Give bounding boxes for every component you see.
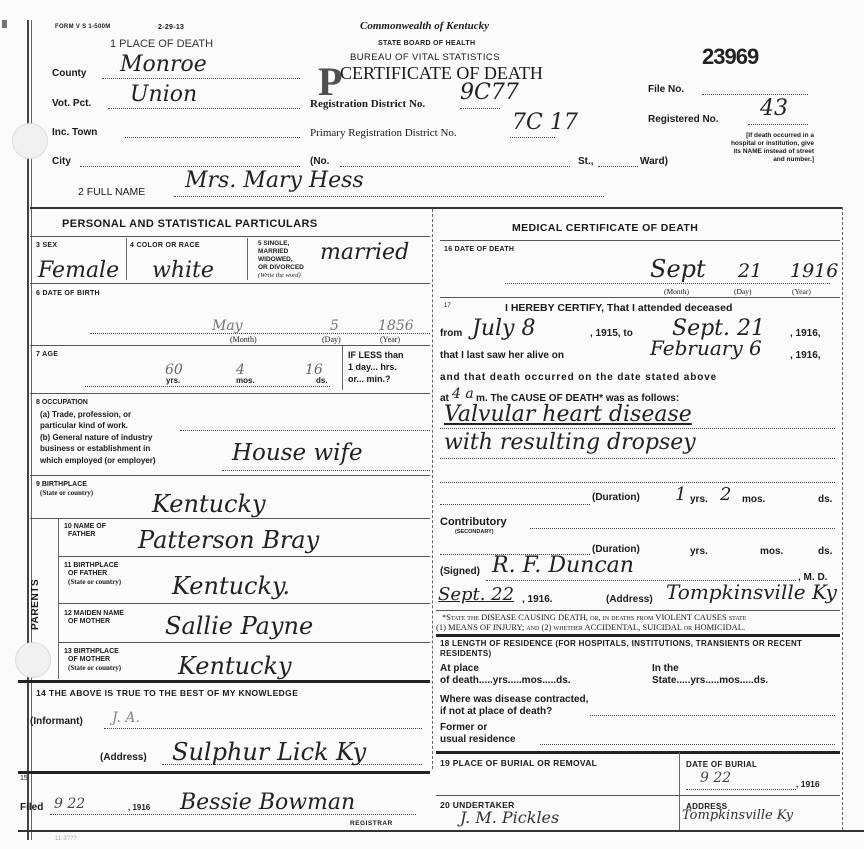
reg-district-value: 9C77 [460,80,519,105]
last-saw-value: February 6 [650,336,762,360]
residence-label: 18 LENGTH OF RESIDENCE (FOR HOSPITALS, I… [440,639,835,659]
right-border [842,207,843,830]
dod-year-caption: (Year) [792,287,811,296]
file-no-line [702,94,808,95]
undertaker-value: J. M. Pickles [460,808,559,827]
informant-address-label: (Address) [100,752,147,763]
footnote-line-1: *State the DISEASE CAUSING DEATH, or, in… [436,612,746,622]
registrar-name: Bessie Bowman [180,790,355,815]
street-no-line [340,166,570,167]
birthplace-heading: 9 BIRTHPLACE [36,481,93,489]
dod-month-caption: (Month) [664,287,689,296]
mother-name-label-1: 12 MAIDEN NAME [64,610,124,618]
if-less-3: or... min.? [348,373,404,385]
punch-hole-bottom [15,642,51,678]
burial-year: , 1916 [796,779,820,789]
registered-no-line [748,124,808,125]
ward-label: Ward) [640,156,668,167]
vot-pct-label: Vot. Pct. [52,98,91,109]
form-date: 2-29-13 [158,24,184,31]
former-1: Former or [440,722,516,734]
divider [59,642,430,643]
signed-label: (Signed) [440,566,480,577]
footer-code: 11-3??? [55,836,77,842]
former-2: usual residence [440,734,516,746]
bureau-title: BUREAU OF VITAL STATISTICS [350,52,500,63]
burial-date-value: 9 22 [700,770,731,786]
form-number: FORM V S 1-500M [55,24,111,30]
divider [18,680,430,683]
burial-date-label: DATE OF BURIAL [686,760,757,769]
certify-text: I HEREBY CERTIFY, That I attended deceas… [505,302,732,314]
dob-year: 1856 [378,318,414,334]
divider [440,297,840,298]
birthplace-value: Kentucky [152,490,266,518]
dob-year-caption: (Year) [380,335,400,344]
vot-pct-value: Union [130,82,197,107]
county-value: Monroe [120,52,207,77]
at-place-2: of death.....yrs.....mos.....ds. [440,675,571,687]
contracted-2: if not at place of death? [440,706,588,718]
cert-number: 17 [444,303,451,309]
reg-district-line [460,108,500,109]
age-ds-caption: ds. [316,376,328,385]
dod-label: 16 DATE OF DEATH [444,246,514,253]
divider [436,634,840,637]
county-label: County [52,68,86,79]
occupation-a-line [180,430,430,431]
last-saw-label: that I last saw her alive on [440,350,564,361]
father-bp-label-3: (State or country) [64,578,121,586]
divider [30,393,430,394]
mother-name-value: Sallie Payne [165,612,313,640]
age-yrs-caption: yrs. [166,376,180,385]
column-divider [432,209,433,769]
punch-hole-top [12,123,48,159]
dod-month: Sept [650,255,706,283]
occupation-label: 8 OCCUPATION (a) Trade, profession, or p… [36,397,156,466]
occurred-text: and that death occurred on the date stat… [440,372,717,383]
divider [59,556,430,557]
filed-number: 15 [20,775,28,782]
divider [679,752,680,830]
if-less-note: IF LESS than 1 day... hrs. or... min.? [348,349,404,385]
footnote-line-2: (1) MEANS OF INJURY; and (2) whether ACC… [436,622,746,632]
divider [126,238,127,280]
city-label: City [52,156,71,167]
registered-no-label: Registered No. [648,114,719,125]
undertaker-address-value: Tompkinsville Ky [682,808,793,823]
filed-year: , 1916 [128,803,150,812]
at-place-of-death: At place of death.....yrs.....mos.....ds… [440,663,571,687]
father-birthplace-value: Kentucky. [172,572,290,600]
dob-day: 5 [330,318,339,334]
occupation-a-1: (a) Trade, profession, or [36,409,156,421]
st-label: St., [578,156,594,167]
duration-yrs: 1 [675,484,686,505]
divider [59,603,430,604]
sex-label: 3 SEX [36,242,57,249]
divider [30,518,430,519]
personal-heading: PERSONAL AND STATISTICAL PARTICULARS [62,218,318,230]
marital-label-5: (Write the word) [258,272,304,280]
cause-value-1: Valvular heart disease [444,402,692,427]
town-line [125,137,300,138]
informant-address-value: Sulphur Lick Ky [172,738,366,766]
divider [436,751,840,754]
section-divider [30,207,842,209]
cause-line-3 [440,482,835,483]
duration-mos-caption: mos. [742,494,765,505]
dod-year: 1916 [790,260,838,282]
divider [247,238,248,280]
dod-day-caption: (Day) [734,287,752,296]
contributory-yrs-caption: yrs. [690,546,708,557]
marital-label-4: OR DIVORCED [258,264,304,272]
burial-label: 19 PLACE OF BURIAL OR REMOVAL [440,758,597,768]
mother-bp-label-1: 13 BIRTHPLACE [64,648,121,656]
birthplace-sub: (State or country) [36,489,93,497]
death-certificate: FORM V S 1-500M 2-29-13 1 PLACE OF DEATH… [0,0,864,849]
in-state-1: In the [652,663,768,675]
from-year: , 1915, to [590,328,633,339]
race-label: 4 COLOR OR RACE [130,242,200,249]
occupation-b-line [222,470,430,471]
mother-bp-label-2: OF MOTHER [64,656,121,664]
divider [30,236,430,237]
divider [30,345,430,346]
father-birthplace-label: 11 BIRTHPLACE OF FATHER (State or countr… [64,562,121,586]
from-value: July 8 [472,316,535,341]
divider [436,610,840,611]
primary-reg-value: 7C 17 [512,110,578,135]
sign-year: , 1916. [522,594,553,605]
vot-pct-line [108,108,300,109]
burial-date-line [686,789,796,790]
mother-name-label: 12 MAIDEN NAME OF MOTHER [64,610,124,626]
if-less-2: 1 day... hrs. [348,361,404,373]
former-line [540,744,835,745]
knowledge-statement: 14 THE ABOVE IS TRUE TO THE BEST OF MY K… [36,688,298,698]
informant-value: J. A. [112,710,140,726]
file-no-label: File No. [648,84,684,95]
birthplace-label: 9 BIRTHPLACE (State or country) [36,481,93,497]
primary-reg-label: Primary Registration District No. [310,127,457,139]
age-line [85,386,330,387]
scan-mark [2,20,7,28]
last-saw-year: , 1916, [790,350,821,361]
sign-address-value: Tompkinsville Ky [666,580,837,604]
primary-reg-line [510,137,555,138]
occupation-value: House wife [232,440,363,466]
divider [30,475,430,476]
contributory-label: Contributory [440,516,507,528]
sign-date: Sept. 22 [438,584,514,605]
sign-address-label: (Address) [606,594,653,605]
filed-value: 9 22 [54,796,85,812]
cause-line-2 [440,458,835,459]
divider [30,283,430,284]
occupation-b-3: which employed (or employer) [36,455,156,467]
father-bp-label-1: 11 BIRTHPLACE [64,562,121,570]
contributory-mos-caption: mos. [760,546,783,557]
contracted-1: Where was disease contracted, [440,694,588,706]
cause-value-2: with resulting dropsey [444,430,696,455]
ward-line [598,166,638,167]
marital-label-2: MARRIED [258,248,304,256]
duration-label: (Duration) [592,492,640,503]
full-name-label: 2 FULL NAME [78,186,145,198]
dob-month-caption: (Month) [230,335,257,344]
certificate-number: 23969 [702,44,758,70]
sex-value: Female [38,258,119,283]
marital-label-1: 5 SINGLE, [258,240,304,248]
father-name-label-1: 10 NAME OF [64,523,106,531]
in-the-state: In the State.....yrs.....mos.....ds. [652,663,768,687]
town-label: Inc. Town [52,127,97,138]
duration-mos: 2 [720,484,731,505]
mother-name-label-2: OF MOTHER [64,618,124,626]
dod-day: 21 [738,260,762,282]
full-name-line [174,196,604,197]
commonwealth-title: Commonwealth of Kentucky [360,20,489,32]
divider [436,795,840,796]
from-label: from [440,328,462,339]
physician-signature: R. F. Duncan [492,553,634,578]
dob-day-caption: (Day) [322,335,341,344]
place-of-death-heading: 1 PLACE OF DEATH [110,38,213,50]
father-bp-label-2: OF FATHER [64,570,121,578]
county-line [102,78,300,79]
age-label: 7 AGE [36,351,58,358]
reg-district-label: Registration District No. [310,98,425,110]
contributory-line [530,528,835,529]
divider [18,771,430,774]
contributory-ds-caption: ds. [818,546,832,557]
hospital-note: [If death occurred in a hospital or inst… [722,132,814,164]
dob-label: 6 DATE OF BIRTH [36,290,100,297]
age-mos-caption: mos. [236,376,255,385]
marital-label-3: WIDOWED, [258,256,304,264]
bottom-border [18,830,864,832]
full-name-value: Mrs. Mary Hess [185,168,364,193]
at-value: 4 a [452,386,474,402]
divider [342,346,343,390]
street-no-label: (No. [310,156,329,167]
mother-birthplace-label: 13 BIRTHPLACE OF MOTHER (State or countr… [64,648,121,672]
duration-ds-caption: ds. [818,494,832,505]
marital-label: 5 SINGLE, MARRIED WIDOWED, OR DIVORCED (… [258,240,304,280]
marital-value: married [320,240,409,265]
at-place-1: At place [440,663,571,675]
informant-line [104,728,422,729]
in-state-2: State.....yrs.....mos.....ds. [652,675,768,687]
contracted-line [590,715,835,716]
father-name-label-2: FATHER [64,531,106,539]
mother-bp-label-3: (State or country) [64,664,121,672]
parents-label: PARENTS [30,579,41,630]
cause-line-1 [440,428,835,429]
former-residence: Former or usual residence [440,722,516,746]
dod-line [505,283,830,284]
registrar-label: REGISTRAR [350,820,393,827]
occupation-b-2: business or establishment in [36,443,156,455]
occupation-a-2: particular kind of work. [36,420,156,432]
registered-no-value: 43 [760,96,788,121]
medical-heading: MEDICAL CERTIFICATE OF DEATH [512,222,698,234]
occupation-heading: 8 OCCUPATION [36,397,156,409]
to-year: , 1916, [790,328,821,339]
board-title: STATE BOARD OF HEALTH [378,40,475,47]
occupation-b-1: (b) General nature of industry [36,432,156,444]
duration-line [440,504,590,505]
mother-birthplace-value: Kentucky [178,652,292,680]
city-line [80,166,300,167]
divider [440,240,840,241]
filed-label: Filed [20,802,43,813]
dob-month: May [212,318,243,334]
divider [58,519,59,679]
father-name-label: 10 NAME OF FATHER [64,523,106,539]
if-less-1: IF LESS than [348,349,404,361]
secondary-label: (SECONDARY) [455,529,494,535]
where-contracted: Where was disease contracted, if not at … [440,694,588,718]
cause-footnote: *State the DISEASE CAUSING DEATH, or, in… [436,612,746,632]
duration-yrs-caption: yrs. [690,494,708,505]
informant-label: (Informant) [30,716,83,727]
father-name-value: Patterson Bray [138,526,319,554]
race-value: white [152,258,214,283]
